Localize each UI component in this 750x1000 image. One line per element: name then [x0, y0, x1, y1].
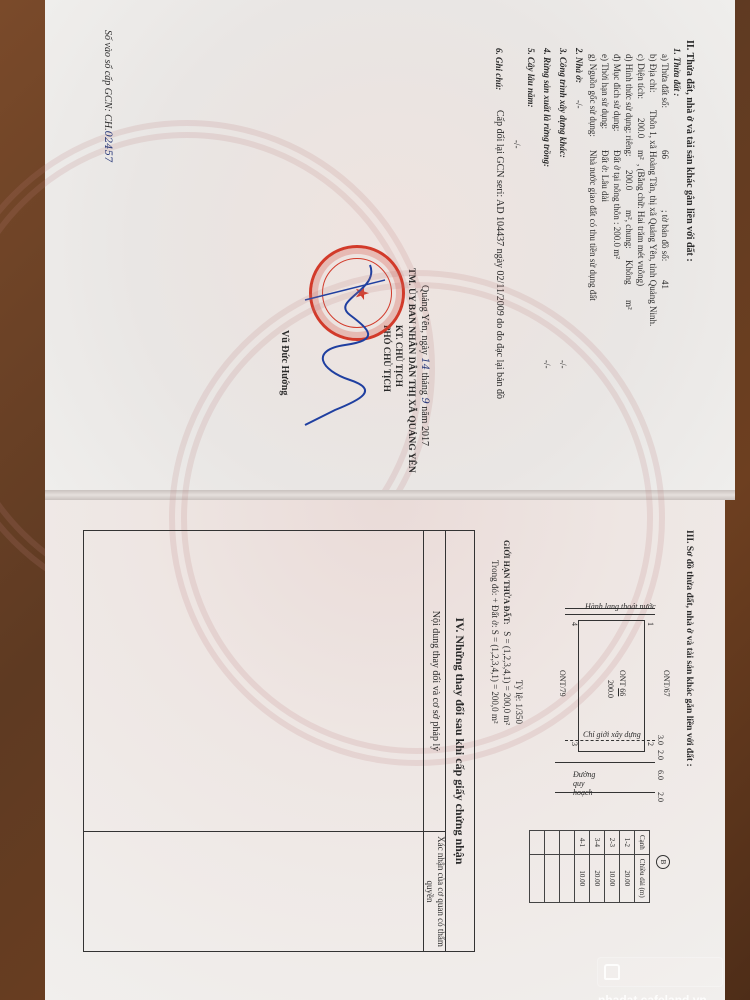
perennial-value: -/- — [511, 140, 523, 149]
edge-length — [545, 854, 560, 902]
dim-1: 3.0 — [656, 735, 665, 745]
road-line-1 — [555, 762, 655, 763]
area-words: , (Bằng chữ: Hai trăm mét vuông) — [635, 164, 647, 286]
breakdown-label: Trong đó: + Đất ở: S = (1,2,3,4,1) = — [490, 560, 500, 689]
address-label: b) Địa chỉ: — [647, 54, 659, 93]
road-label: Đường quy hoạch — [573, 770, 595, 797]
note-label: 6. Ghi chú: — [493, 48, 505, 90]
house-search-icon — [604, 964, 620, 980]
point-1: 1 — [646, 622, 655, 626]
edge-table-row: 1-220.00 — [620, 831, 635, 903]
neighbor-top: ONT/67 — [662, 670, 671, 697]
usage-shared: Không — [623, 260, 635, 285]
edge-name — [530, 831, 545, 855]
edge-table-row — [530, 831, 545, 903]
road-line-2 — [555, 792, 655, 793]
edge-length: 20.00 — [590, 854, 605, 902]
breakdown-value: 200,0 — [490, 691, 500, 711]
drain-label: Hành lang thoát nước — [585, 602, 656, 611]
dim-2: 2.0 — [656, 750, 665, 760]
changes-table: IV. Những thay đổi sau khi cấp giấy chứn… — [83, 530, 475, 952]
compass-north-icon: B — [656, 855, 670, 869]
point-2: 2 — [646, 742, 655, 746]
edge-length-table: CạnhChiều dài (m)1-220.002-310.003-420.0… — [529, 830, 650, 903]
forest-label: 4. Rừng sản xuất là rừng trồng: — [541, 48, 553, 167]
column-divider — [84, 831, 446, 832]
parcel-area: 200.0 — [606, 680, 615, 698]
edge-table-row: 2-310.00 — [605, 831, 620, 903]
edge-name — [560, 831, 575, 855]
area-value: 200.0 — [635, 118, 647, 138]
term-value: Đất ở: Lâu dài — [599, 150, 611, 202]
watermark-text: nhadat.cafeland.vn — [598, 993, 707, 1000]
edge-name: Cạnh — [635, 831, 650, 855]
issue-register-number: 02457 — [102, 131, 113, 163]
house-label: 2. Nhà ở: — [573, 48, 585, 83]
term-label: e) Thời hạn sử dụng: — [599, 54, 611, 129]
land-heading: 1. Thửa đất : — [671, 48, 683, 96]
edge-length: Chiều dài (m) — [635, 854, 650, 902]
address-value: Thôn 1, xã Hoàng Tân, thị xã Quảng Yên, … — [647, 110, 659, 326]
site-watermark: nhadat.cafeland.vn — [597, 957, 723, 987]
dim-4: 2.0 — [656, 792, 665, 802]
edge-table-row — [560, 831, 575, 903]
edge-length: 10.00 — [605, 854, 620, 902]
breakdown-line: Trong đó: + Đất ở: S = (1,2,3,4,1) = 200… — [489, 560, 501, 724]
edge-table-header: CạnhChiều dài (m) — [635, 831, 650, 903]
breakdown-unit: m² — [490, 714, 500, 724]
issue-register: Số vào sổ cấp GCN: CH.02457 — [101, 30, 113, 162]
edge-length: 20.00 — [620, 854, 635, 902]
origin-value: Nhà nước giao đất có thu tiền sử dụng đấ… — [587, 150, 599, 301]
issue-register-prefix: CH. — [102, 114, 113, 130]
parcel-code: ONT 66 — [618, 670, 627, 696]
purpose-label: đ) Mục đích sử dụng: — [611, 54, 623, 131]
origin-label: g) Nguồn gốc sử dụng: — [587, 54, 599, 137]
drain-line-2 — [565, 614, 655, 615]
other-construction-label: 3. Công trình xây dựng khác: — [557, 48, 569, 158]
dim-3: 6.0 — [656, 770, 665, 780]
area-label: c) Diện tích: — [635, 54, 647, 99]
certificate-sheet: II. Thửa đất, nhà ở và tài sản khác gắn … — [45, 0, 735, 1000]
issue-register-label: Số vào sổ cấp GCN: — [102, 30, 113, 112]
section-ii-title: II. Thửa đất, nhà ở và tài sản khác gắn … — [683, 40, 695, 262]
edge-table-row — [545, 831, 560, 903]
edge-name: 4-1 — [575, 831, 590, 855]
edge-table-row: 3-420.00 — [590, 831, 605, 903]
usage-form-label: d) Hình thức sử dụng: riêng: — [623, 54, 635, 157]
map-sheet-number: 41 — [659, 280, 671, 289]
point-4: 4 — [570, 622, 579, 626]
point-3: 3 — [570, 742, 579, 746]
parcel-label: a) Thửa đất số: — [659, 54, 671, 108]
edge-length: 10.00 — [575, 854, 590, 902]
parcel-no-text: 66 — [618, 688, 627, 696]
edge-name — [545, 831, 560, 855]
usage-shared-label: m², chung: — [623, 210, 635, 249]
parcel-code-text: ONT — [618, 670, 627, 686]
edge-length — [560, 854, 575, 902]
boundary-line: GIỚI HẠN THỬA ĐẤT: S = (1,2,3,4,1) = 200… — [500, 540, 513, 725]
area-unit: m² — [635, 150, 647, 160]
edge-name: 1-2 — [620, 831, 635, 855]
page-section-iii-iv: III. Sơ đồ thửa đất, nhà ở và tài sản kh… — [45, 500, 725, 1000]
edge-table-row: 4-110.00 — [575, 831, 590, 903]
neighbor-bottom: ONT/79 — [558, 670, 567, 697]
usage-private: 200.0 — [623, 170, 635, 190]
edge-length — [530, 854, 545, 902]
parcel-number: 66 — [659, 150, 671, 159]
scale-label: Tỷ lệ: 1/350 — [513, 680, 525, 724]
edge-name: 3-4 — [590, 831, 605, 855]
setback-label: Chỉ giới xây dựng — [583, 730, 641, 739]
boundary-label: GIỚI HẠN THỬA ĐẤT: — [502, 540, 511, 625]
boundary-formula: S = (1,2,3,4,1) = 200,0 m² — [502, 631, 512, 725]
col-confirm-header: Xác nhận của cơ quan có thẩm quyền — [423, 832, 446, 951]
usage-shared-unit: m² — [623, 300, 635, 310]
perennial-label: 5. Cây lâu năm: — [525, 48, 537, 108]
section-iv-title: IV. Những thay đổi sau khi cấp giấy chứn… — [445, 531, 474, 951]
parcel-diagram: Hành lang thoát nước Chỉ giới xây dựng Đ… — [545, 530, 685, 790]
house-value: -/- — [573, 100, 585, 109]
edge-name: 2-3 — [605, 831, 620, 855]
purpose-value: Đất ở tại nông thôn : 200.0 m² — [611, 150, 623, 259]
map-sheet-label: ; tờ bản đồ số: — [659, 210, 671, 261]
col-content-header: Nội dung thay đổi và cơ sở pháp lý — [423, 531, 446, 831]
